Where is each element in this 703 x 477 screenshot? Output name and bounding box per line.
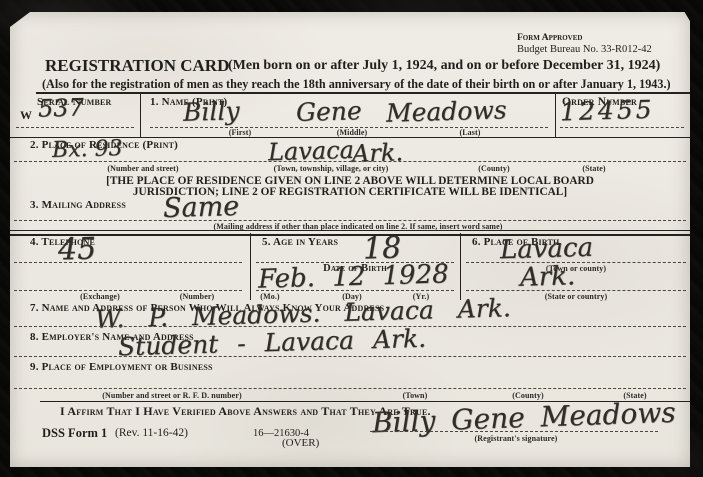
name-first-value: Billy: [183, 96, 240, 127]
rule: [14, 388, 686, 389]
rule: [14, 356, 686, 357]
rule: [16, 127, 134, 128]
residence-state-sublabel: (State): [582, 164, 605, 173]
employment-street-sublabel: (Number and street or R. F. D. number): [102, 391, 242, 400]
rule: [466, 290, 686, 291]
jurisdiction-note-line2: JURISDICTION; LINE 2 OF REGISTRATION CER…: [10, 186, 690, 198]
employment-town-sublabel: (Town): [403, 391, 428, 400]
serial-number-value: 537: [38, 93, 85, 122]
mailing-address-label: 3. Mailing Address: [30, 199, 126, 211]
telephone-exchange-sublabel: (Exchange): [80, 292, 120, 301]
card-title-note: (Men born on or after July 1, 1924, and …: [228, 58, 660, 74]
form-approved-line: Form Approved: [517, 33, 582, 43]
name-middle-value: Gene: [296, 96, 362, 127]
scanned-registration-card: Form Approved Budget Bureau No. 33-R012-…: [0, 0, 703, 477]
registrant-signature-sublabel: (Registrant's signature): [475, 434, 558, 443]
rule: [256, 290, 454, 291]
form-id: DSS Form 1: [42, 426, 107, 441]
residence-street-sublabel: (Number and street): [107, 164, 178, 173]
rule: [14, 262, 242, 263]
employment-county-sublabel: (County): [512, 391, 543, 400]
name-last-sublabel: (Last): [459, 128, 480, 137]
over-note: (OVER): [282, 437, 319, 449]
birthplace-state-value: Ark.: [520, 261, 576, 293]
card-title: REGISTRATION CARD: [45, 56, 229, 76]
employment-label: 9. Place of Employment or Business: [30, 361, 213, 373]
form-revision: (Rev. 11-16-42): [115, 427, 188, 439]
rule: [370, 431, 658, 432]
rule: [14, 220, 686, 221]
rule: [555, 94, 556, 137]
rule: [140, 94, 141, 137]
residence-county-sublabel: (County): [478, 164, 509, 173]
order-number-value: 12455: [560, 95, 655, 127]
rule: [36, 92, 690, 94]
card-subtitle: (Also for the registration of men as the…: [42, 77, 671, 92]
residence-town-sublabel: (Town, township, village, or city): [274, 164, 389, 173]
residence-street-value: Bx. 93: [52, 136, 123, 163]
rule: [14, 290, 242, 291]
name-last-value: Meadows: [386, 95, 507, 127]
telephone-number-sublabel: (Number): [180, 292, 215, 301]
name-first-sublabel: (First): [229, 128, 251, 137]
age-label: 5. Age in Years: [262, 236, 338, 248]
rule: [560, 127, 684, 128]
rule: [466, 262, 686, 263]
rule: [14, 161, 686, 162]
birthplace-state-sublabel: (State or country): [545, 292, 608, 301]
birthplace-town-value: Lavaca: [500, 233, 594, 266]
budget-bureau-number: Budget Bureau No. 33-R012-42: [517, 44, 652, 55]
rule: [250, 233, 251, 300]
serial-prefix: W: [20, 108, 32, 123]
rule: [460, 233, 461, 300]
